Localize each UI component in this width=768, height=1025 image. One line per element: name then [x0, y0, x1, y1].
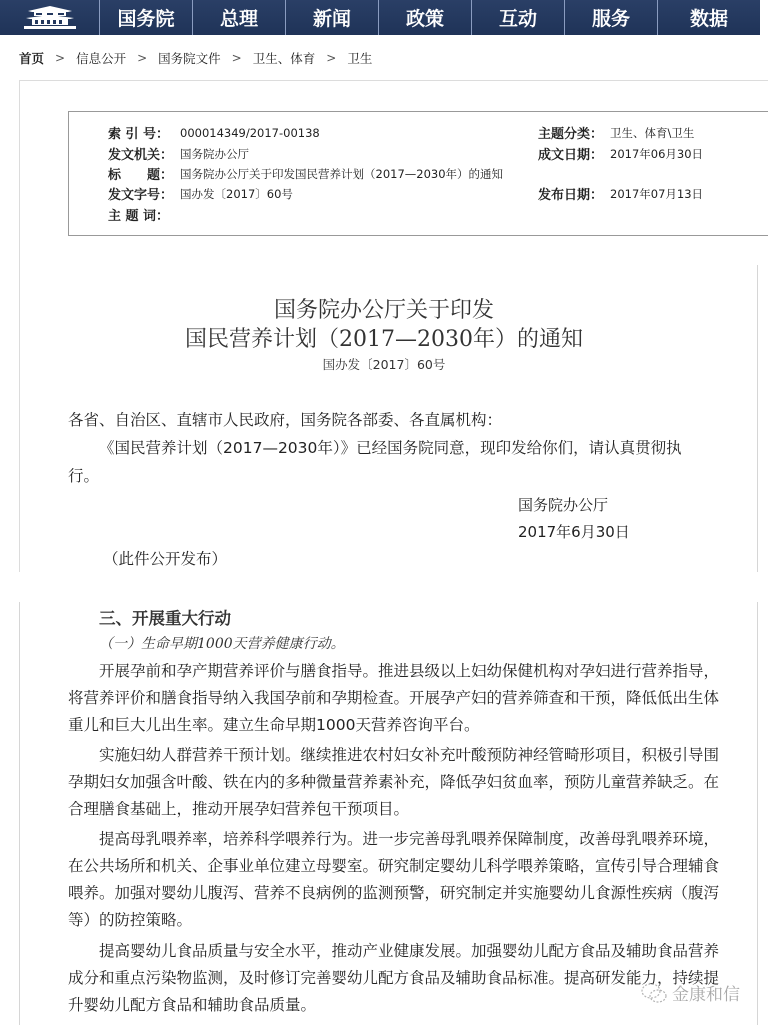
excerpt-left-border: [19, 602, 20, 1025]
meta-index-row: 索 引 号： 000014349/2017-00138: [108, 124, 320, 141]
body-paragraph: 实施妇幼人群营养干预计划。继续推进农村妇女补充叶酸预防神经管畸形项目，积极引导围…: [68, 742, 720, 823]
chevron-right-icon: >: [326, 51, 336, 65]
nav-tab-premier[interactable]: 总理: [193, 0, 286, 35]
notice-body-line-2: 行。: [68, 462, 720, 490]
document-title-line-2: 国民营养计划（2017—2030年）的通知: [0, 322, 768, 353]
breadcrumb-health-sports[interactable]: 卫生、体育: [253, 49, 316, 67]
site-logo[interactable]: [0, 0, 100, 35]
meta-keywords-label: 主 题 词：: [108, 205, 180, 224]
meta-written-date-row: 成文日期： 2017年06月30日: [538, 145, 703, 162]
meta-published-date-value: 2017年07月13日: [610, 186, 703, 202]
nav-tab-policy[interactable]: 政策: [379, 0, 472, 35]
chevron-right-icon: >: [137, 51, 147, 65]
sign-date: 2017年6月30日: [518, 521, 630, 542]
excerpt-right-border: [757, 602, 758, 1025]
meta-keywords-row: 主 题 词：: [108, 206, 180, 223]
document-number: 国办发〔2017〕60号: [0, 355, 768, 373]
nav-tab-interaction[interactable]: 互动: [472, 0, 565, 35]
wechat-watermark: 金康和信: [640, 980, 740, 1005]
nav-tab-news[interactable]: 新闻: [286, 0, 379, 35]
meta-docno-row: 发文字号： 国办发〔2017〕60号: [108, 185, 293, 202]
meta-category-value: 卫生、体育\卫生: [610, 125, 694, 141]
meta-issuer-row: 发文机关： 国务院办公厅: [108, 145, 249, 162]
breadcrumb-home[interactable]: 首页: [19, 49, 44, 67]
meta-issuer-value: 国务院办公厅: [180, 146, 249, 162]
nav-tab-services[interactable]: 服务: [565, 0, 658, 35]
salutation: 各省、自治区、直辖市人民政府，国务院各部委、各直属机构：: [68, 406, 720, 434]
breadcrumb-info-disclosure[interactable]: 信息公开: [76, 49, 126, 67]
meta-title-row: 标 题： 国务院办公厅关于印发国民营养计划（2017—2030年）的通知: [108, 165, 503, 182]
meta-published-date-row: 发布日期： 2017年07月13日: [538, 185, 703, 202]
meta-category-label: 主题分类：: [538, 123, 610, 142]
chevron-right-icon: >: [55, 51, 65, 65]
meta-index-value: 000014349/2017-00138: [180, 126, 320, 140]
body-paragraph: 开展孕前和孕产期营养评价与膳食指导。推进县级以上妇幼保健机构对孕妇进行营养指导，…: [68, 658, 720, 739]
meta-docno-value: 国办发〔2017〕60号: [180, 186, 293, 202]
tiananmen-building-icon: [22, 5, 78, 31]
breadcrumb-health[interactable]: 卫生: [347, 49, 372, 67]
chevron-right-icon: >: [232, 51, 242, 65]
notice-body-line-1: 《国民营养计划（2017—2030年）》已经国务院同意，现印发给你们，请认真贯彻…: [99, 434, 724, 462]
top-nav-bar: 国务院 总理 新闻 政策 互动 服务 数据: [0, 0, 760, 35]
meta-title-label: 标 题：: [108, 164, 180, 183]
meta-written-date-value: 2017年06月30日: [610, 146, 703, 162]
meta-issuer-label: 发文机关：: [108, 144, 180, 163]
breadcrumb: 首页 > 信息公开 > 国务院文件 > 卫生、体育 > 卫生: [19, 49, 372, 67]
content-frame-top-border: [19, 80, 768, 81]
nav-tab-state-council[interactable]: 国务院: [100, 0, 193, 35]
meta-title-value: 国务院办公厅关于印发国民营养计划（2017—2030年）的通知: [180, 166, 503, 182]
signer: 国务院办公厅: [518, 494, 608, 515]
body-paragraph: 提高婴幼儿食品质量与安全水平，推动产业健康发展。加强婴幼儿配方食品及辅助食品营养…: [68, 938, 720, 1019]
nav-tab-data[interactable]: 数据: [658, 0, 760, 35]
wechat-icon: [640, 982, 668, 1004]
meta-docno-label: 发文字号：: [108, 184, 180, 203]
body-paragraph: 提高母乳喂养率，培养科学喂养行为。进一步完善母乳喂养保障制度，改善母乳喂养环境，…: [68, 826, 720, 934]
meta-written-date-label: 成文日期：: [538, 144, 610, 163]
document-title-line-1: 国务院办公厅关于印发: [0, 293, 768, 324]
meta-category-row: 主题分类： 卫生、体育\卫生: [538, 124, 694, 141]
section-subheading: （一）生命早期1000天营养健康行动。: [99, 633, 345, 653]
section-heading: 三、开展重大行动: [99, 605, 231, 629]
publish-note: （此件公开发布）: [103, 545, 755, 573]
meta-published-date-label: 发布日期：: [538, 184, 610, 203]
watermark-text: 金康和信: [672, 980, 740, 1005]
breadcrumb-state-council-docs[interactable]: 国务院文件: [158, 49, 221, 67]
meta-index-label: 索 引 号：: [108, 123, 180, 142]
